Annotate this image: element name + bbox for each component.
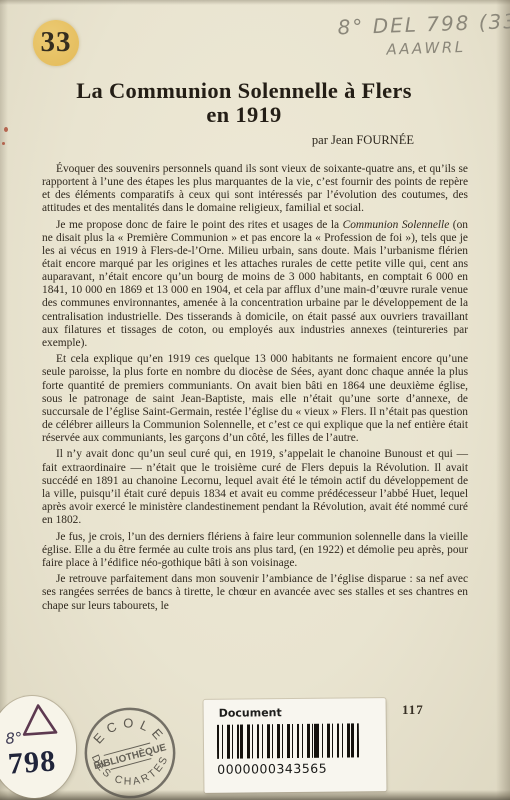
item-number-sticker: 33 [33, 20, 79, 66]
oval-sticker-number: 798 [0, 743, 74, 783]
shelfmark-line2: AAAWRL [386, 36, 510, 59]
article-body: Évoquer des souvenirs personnels quand i… [42, 163, 468, 616]
page-edge-shadow-top [0, 0, 510, 5]
page-title: La Communion Solennelle à Flers [40, 79, 448, 103]
triangle-icon [17, 700, 60, 744]
barcode-label: Document 0000000343565 [204, 698, 387, 793]
article-header: La Communion Solennelle à Flers en 1919 … [40, 79, 448, 148]
barcode-title: Document [219, 706, 282, 720]
ink-speck [4, 127, 8, 132]
item-number: 33 [41, 26, 72, 59]
paragraph: Et cela explique qu’en 1919 ces quelque … [42, 353, 468, 445]
paragraph: Il n’y avait donc qu’un seul curé qui, e… [42, 448, 468, 527]
library-stamp-icon: ECOLE DES CHARTES BIBLIOTHÈQUE [82, 705, 178, 800]
byline: par Jean FOURNÉE [40, 133, 448, 148]
paragraph: Évoquer des souvenirs personnels quand i… [42, 163, 468, 215]
page-title-line2: en 1919 [40, 103, 448, 127]
page-edge-shadow-right [496, 0, 510, 800]
shelfmark-line1: 8° DEL 798 (33) [337, 9, 510, 40]
oval-shelfmark-sticker: 8° 798 [0, 693, 79, 800]
paragraph: Je retrouve parfaitement dans mon souven… [42, 573, 468, 612]
paragraph: Je fus, je crois, l’un des derniers flér… [42, 531, 468, 570]
page-edge-shadow-left [0, 0, 8, 800]
barcode-number: 0000000343565 [217, 761, 327, 777]
ink-speck [2, 142, 5, 145]
shelfmark-annotation: 8° DEL 798 (33) AAAWRL [337, 9, 510, 61]
scanned-page: 33 8° DEL 798 (33) AAAWRL La Communion S… [0, 0, 510, 800]
page-number: 117 [402, 702, 424, 718]
barcode-icon [217, 723, 359, 758]
paragraph: Je me propose donc de faire le point des… [42, 219, 468, 350]
